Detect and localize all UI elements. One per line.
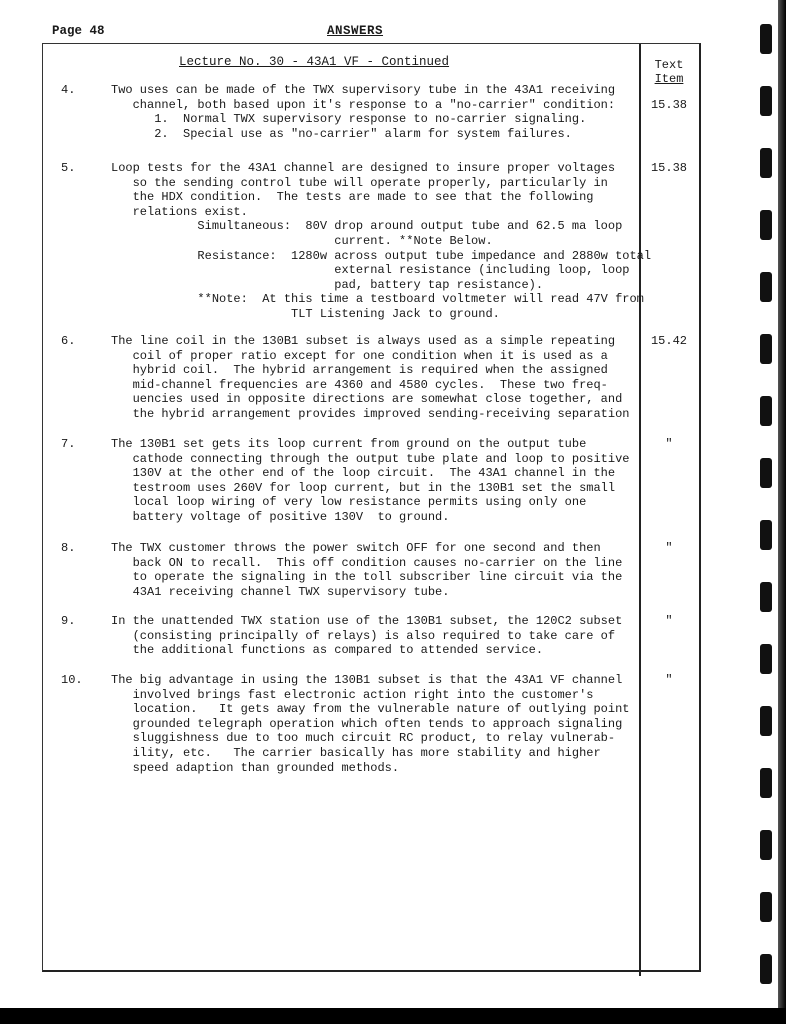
text-item-reference: 15.42: [647, 334, 691, 349]
binder-hole-icon: [760, 830, 772, 860]
answer-text: In the unattended TWX station use of the…: [111, 614, 622, 658]
answer-line: 43A1 receiving channel TWX supervisory t…: [111, 585, 622, 600]
text-item-reference: ": [647, 437, 691, 452]
binder-hole-icon: [760, 892, 772, 922]
answer-line: The 130B1 set gets its loop current from…: [111, 437, 629, 452]
answer-line: location. It gets away from the vulnerab…: [111, 702, 629, 717]
answer-line: 2. Special use as "no-carrier" alarm for…: [111, 127, 615, 142]
binder-hole-icon: [760, 644, 772, 674]
text-item-header-line1: Text: [647, 58, 691, 72]
answer-line: cathode connecting through the output tu…: [111, 452, 629, 467]
page-number: Page 48: [52, 24, 105, 38]
answer-line: TLT Listening Jack to ground.: [111, 307, 651, 322]
binder-hole-icon: [760, 86, 772, 116]
binder-hole-icon: [760, 458, 772, 488]
answer-line: battery voltage of positive 130V to grou…: [111, 510, 629, 525]
binder-hole-icon: [760, 148, 772, 178]
text-item-reference: ": [647, 614, 691, 629]
binder-hole-icon: [760, 396, 772, 426]
answer-line: 130V at the other end of the loop circui…: [111, 466, 629, 481]
page-edge-shadow: [778, 0, 786, 1010]
answer-line: **Note: At this time a testboard voltmet…: [111, 292, 651, 307]
answer-line: external resistance (including loop, loo…: [111, 263, 651, 278]
answer-text: The TWX customer throws the power switch…: [111, 541, 622, 599]
binder-hole-icon: [760, 582, 772, 612]
answer-line: 1. Normal TWX supervisory response to no…: [111, 112, 615, 127]
answer-line: involved brings fast electronic action r…: [111, 688, 629, 703]
answer-line: mid-channel frequencies are 4360 and 458…: [111, 378, 629, 393]
answer-text: Loop tests for the 43A1 channel are desi…: [111, 161, 651, 322]
answer-line: Simultaneous: 80V drop around output tub…: [111, 219, 651, 234]
answer-line: testroom uses 260V for loop current, but…: [111, 481, 629, 496]
binder-hole-icon: [760, 520, 772, 550]
text-item-reference: ": [647, 541, 691, 556]
scan-bottom-edge: [0, 1008, 786, 1024]
binder-hole-icon: [760, 954, 772, 984]
answer-line: coil of proper ratio except for one cond…: [111, 349, 629, 364]
answer-line: so the sending control tube will operate…: [111, 176, 651, 191]
text-item-header-line2: Item: [647, 72, 691, 86]
answer-line: the HDX condition. The tests are made to…: [111, 190, 651, 205]
binder-hole-icon: [760, 768, 772, 798]
page-heading: ANSWERS: [327, 24, 383, 38]
answer-line: The line coil in the 130B1 subset is alw…: [111, 334, 629, 349]
text-item-reference: ": [647, 673, 691, 688]
answer-frame: Lecture No. 30 - 43A1 VF - Continued Tex…: [42, 43, 701, 972]
answer-line: current. **Note Below.: [111, 234, 651, 249]
answer-line: uencies used in opposite directions are …: [111, 392, 629, 407]
answer-line: the hybrid arrangement provides improved…: [111, 407, 629, 422]
binder-hole-icon: [760, 24, 772, 54]
text-item-reference: 15.38: [647, 98, 691, 113]
answer-number: 8.: [61, 541, 75, 556]
answer-line: to operate the signaling in the toll sub…: [111, 570, 622, 585]
answer-text: The 130B1 set gets its loop current from…: [111, 437, 629, 525]
text-item-reference: 15.38: [647, 161, 691, 176]
binder-hole-icon: [760, 210, 772, 240]
answer-line: the additional functions as compared to …: [111, 643, 622, 658]
answer-line: The TWX customer throws the power switch…: [111, 541, 622, 556]
answer-line: hybrid coil. The hybrid arrangement is r…: [111, 363, 629, 378]
answer-line: Resistance: 1280w across output tube imp…: [111, 249, 651, 264]
lecture-title: Lecture No. 30 - 43A1 VF - Continued: [179, 55, 449, 69]
answer-line: Two uses can be made of the TWX supervis…: [111, 83, 615, 98]
answer-number: 4.: [61, 83, 75, 98]
answer-text: The big advantage in using the 130B1 sub…: [111, 673, 629, 775]
text-item-header: Text Item: [647, 58, 691, 86]
answer-text: Two uses can be made of the TWX supervis…: [111, 83, 615, 141]
page-header: Page 48 ANSWERS: [52, 24, 726, 40]
answer-line: speed adaption than grounded methods.: [111, 761, 629, 776]
answer-line: The big advantage in using the 130B1 sub…: [111, 673, 629, 688]
answer-text: The line coil in the 130B1 subset is alw…: [111, 334, 629, 422]
answer-number: 9.: [61, 614, 75, 629]
answer-line: In the unattended TWX station use of the…: [111, 614, 622, 629]
binder-hole-icon: [760, 272, 772, 302]
answer-line: sluggishness due to too much circuit RC …: [111, 731, 629, 746]
binder-hole-icon: [760, 706, 772, 736]
answer-number: 7.: [61, 437, 75, 452]
answer-line: pad, battery tap resistance).: [111, 278, 651, 293]
answer-line: grounded telegraph operation which often…: [111, 717, 629, 732]
answer-number: 10.: [61, 673, 83, 688]
answer-number: 5.: [61, 161, 75, 176]
answer-line: Loop tests for the 43A1 channel are desi…: [111, 161, 651, 176]
answer-line: channel, both based upon it's response t…: [111, 98, 615, 113]
answer-number: 6.: [61, 334, 75, 349]
answer-line: (consisting principally of relays) is al…: [111, 629, 622, 644]
answer-line: ility, etc. The carrier basically has mo…: [111, 746, 629, 761]
answer-line: relations exist.: [111, 205, 651, 220]
answer-line: back ON to recall. This off condition ca…: [111, 556, 622, 571]
binder-hole-icon: [760, 334, 772, 364]
answer-line: local loop wiring of very low resistance…: [111, 495, 629, 510]
